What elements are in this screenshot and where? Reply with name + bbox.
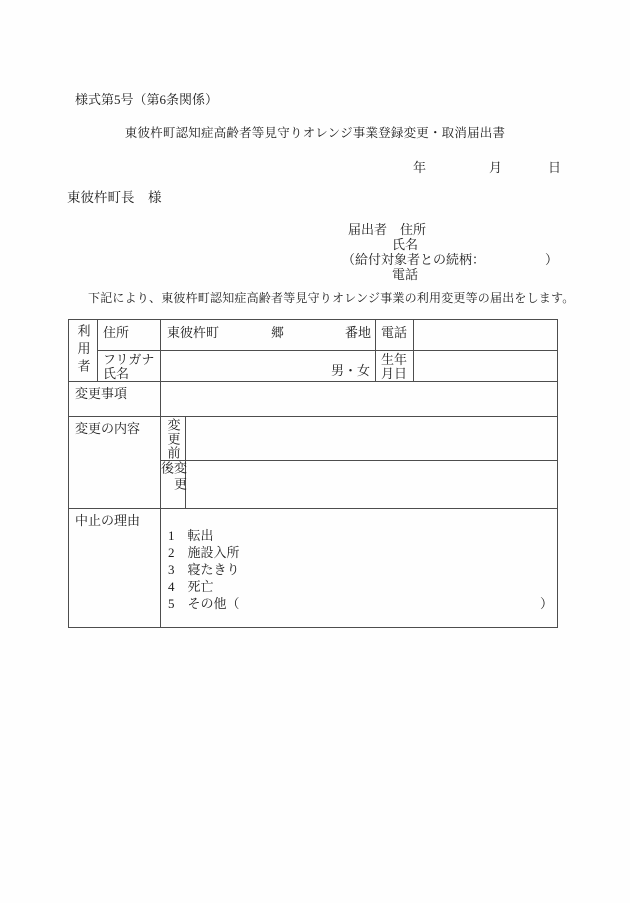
cancel-reason-item-4: 4 死亡 [168, 578, 549, 595]
furigana-label: フリガナ [103, 353, 160, 367]
addressee: 東彼杵町長 様 [67, 186, 162, 206]
before-change-header-cell: 変更前 [161, 417, 186, 461]
gender-options: 男・女 [331, 363, 370, 378]
form-table: 利用者 住所 東彼杵町 郷 番地 電話 フリガナ 氏名 男・女 生年 月日 変更… [68, 319, 558, 628]
after-change-label: 変更後 [160, 461, 186, 508]
form-number: 様式第5号（第6条関係） [75, 89, 218, 108]
birthdate-value-cell [414, 351, 557, 382]
before-change-value-cell [186, 417, 557, 461]
form-title: 東彼杵町認知症高齢者等見守りオレンジ事業登録変更・取消届出書 [0, 123, 630, 141]
user-header-cell: 利用者 [69, 320, 98, 382]
cancel-reason-item-1: 1 転出 [168, 527, 549, 544]
date-month-label: 月 [489, 157, 502, 176]
address-go-text: 郷 [271, 325, 284, 340]
intro-sentence: 下記により、東彼杵町認知症高齢者等見守りオレンジ事業の利用変更等の届出をします。 [88, 289, 574, 306]
birthdate-label-line1: 生年 [381, 353, 413, 367]
before-change-label: 変更前 [167, 418, 180, 460]
notifier-relation-line: （給付対象者との続柄： ） [342, 249, 558, 268]
notifier-phone-label: 電話 [392, 264, 418, 283]
cancel-reason-close-paren: ） [540, 595, 553, 612]
change-content-label-cell: 変更の内容 [69, 417, 161, 509]
address-banchi-text: 番地 [345, 325, 371, 340]
name-value-cell: 男・女 [161, 351, 376, 382]
relation-close-paren: ） [545, 249, 558, 268]
date-day-label: 日 [548, 157, 561, 176]
date-year-label: 年 [413, 157, 426, 176]
after-change-value-cell [186, 461, 557, 509]
cancel-reason-label-cell: 中止の理由 [69, 509, 161, 627]
phone-value-cell [414, 320, 557, 351]
birthdate-label-line2: 月日 [381, 367, 413, 381]
address-town-text: 東彼杵町 [167, 325, 219, 340]
furigana-name-label-cell: フリガナ 氏名 [98, 351, 161, 382]
name-label: 氏名 [103, 367, 160, 381]
form-document-page: 様式第5号（第6条関係） 東彼杵町認知症高齢者等見守りオレンジ事業登録変更・取消… [0, 0, 630, 903]
after-change-header-cell: 変更後 [161, 461, 186, 509]
change-items-value-cell [161, 382, 557, 417]
birthdate-label-cell: 生年 月日 [376, 351, 414, 382]
address-value-cell: 東彼杵町 郷 番地 [161, 320, 376, 351]
phone-label-cell: 電話 [376, 320, 414, 351]
cancel-reason-value-cell: 1 転出 2 施設入所 3 寝たきり 4 死亡 5 その他（ ） [161, 509, 557, 627]
address-label-cell: 住所 [98, 320, 161, 351]
cancel-reason-item-3: 3 寝たきり [168, 561, 549, 578]
change-items-label-cell: 変更事項 [69, 382, 161, 417]
cancel-reason-item-5: 5 その他（ [168, 595, 549, 612]
cancel-reason-item-2: 2 施設入所 [168, 544, 549, 561]
user-label: 利用者 [77, 324, 90, 377]
